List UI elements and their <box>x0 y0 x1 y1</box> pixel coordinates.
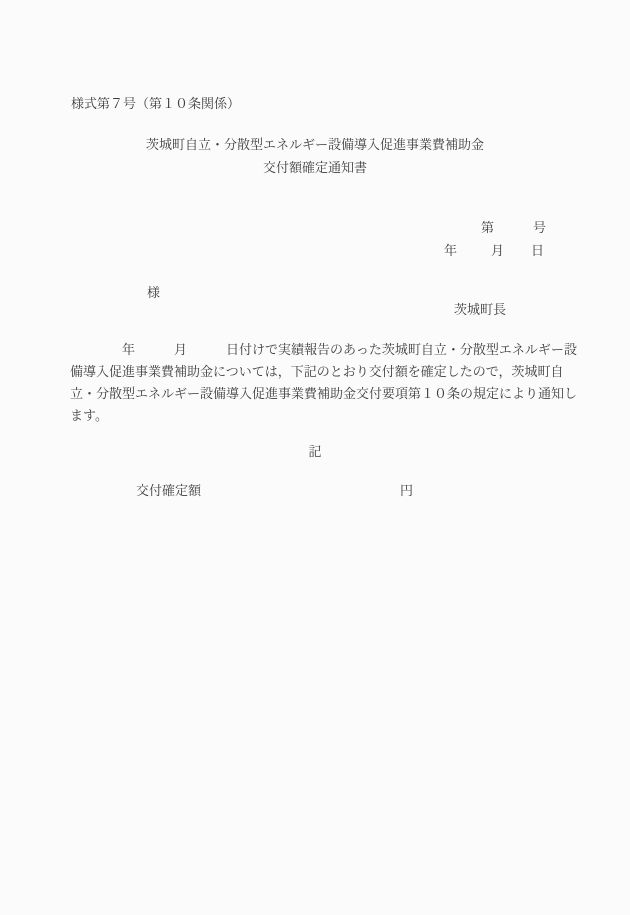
doc-number-prefix: 第 <box>481 221 494 237</box>
amount-label: 交付確定額 <box>136 484 201 500</box>
recipient-honorific: 様 <box>147 286 160 302</box>
body-line-3: 立・分散型エネルギー設備導入促進事業費補助金交付要項第１０条の規定により通知し <box>70 384 570 406</box>
document-title-line2: 交付額確定通知書 <box>0 161 630 177</box>
sender-title: 茨城町長 <box>454 303 506 319</box>
document-title-line1: 茨城町自立・分散型エネルギー設備導入促進事業費補助金 <box>0 138 630 154</box>
section-marker: 記 <box>0 445 630 461</box>
date-day-label: 日 <box>531 244 544 260</box>
document-page: 様式第７号（第１０条関係） 茨城町自立・分散型エネルギー設備導入促進事業費補助金… <box>0 0 630 915</box>
doc-number-suffix: 号 <box>533 221 546 237</box>
body-paragraph: 年 月 日付けで実績報告のあった茨城町自立・分散型エネルギー設 備導入促進事業費… <box>70 340 570 428</box>
amount-unit: 円 <box>400 484 413 500</box>
date-month-label: 月 <box>491 244 504 260</box>
body-line-4: ます。 <box>70 406 570 428</box>
body-line-1: 年 月 日付けで実績報告のあった茨城町自立・分散型エネルギー設 <box>70 340 570 362</box>
body-line-2: 備導入促進事業費補助金については，下記のとおり交付額を確定したので，茨城町自 <box>70 362 570 384</box>
form-number: 様式第７号（第１０条関係） <box>71 97 240 113</box>
date-year-label: 年 <box>444 244 457 260</box>
